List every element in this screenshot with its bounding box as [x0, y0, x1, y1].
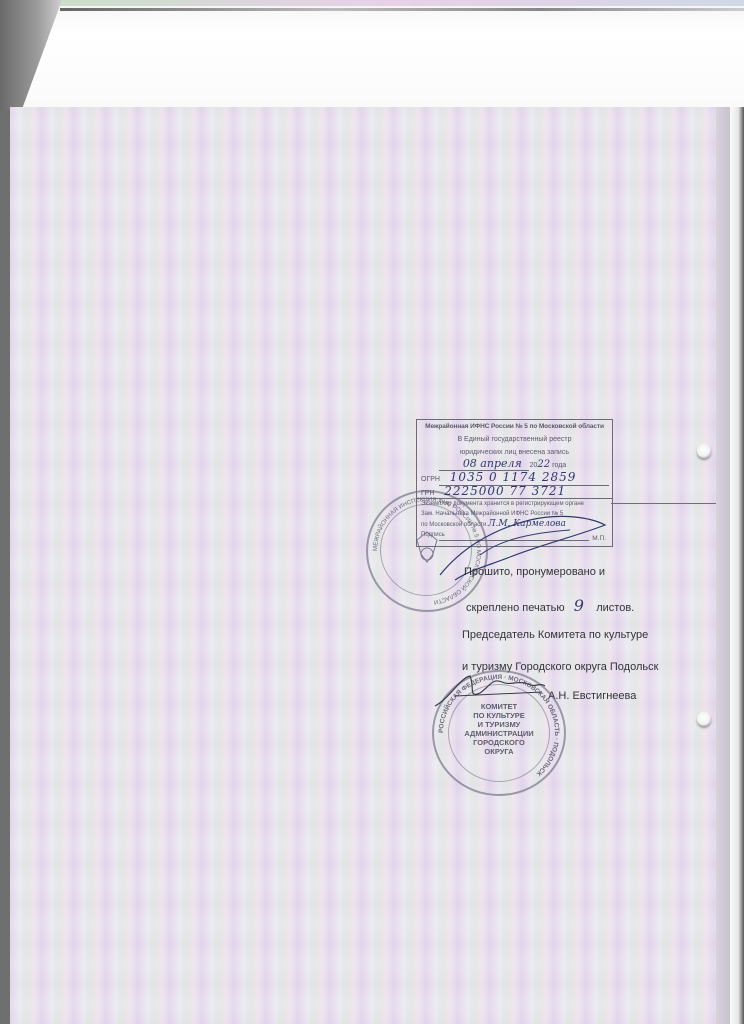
page-binding-edge: [716, 107, 730, 1024]
sheet-fold-line: [60, 8, 744, 11]
seal-line-6: ОКРУГА: [449, 747, 549, 756]
cert-line-2-suffix: листов.: [596, 602, 634, 614]
scan-edge-strip: [40, 0, 744, 6]
stamp-header: Межрайонная ИФНС России № 5 по Московско…: [417, 421, 612, 432]
ogrn-label: ОГРН: [421, 476, 440, 483]
seal-line-5: ГОРОДСКОГО: [449, 738, 549, 747]
sheet-count-handwritten: 9: [574, 596, 584, 615]
year-handwritten: 22: [537, 459, 550, 470]
year-suffix: года: [552, 462, 566, 469]
scanner-edge: [730, 107, 744, 1024]
stamp-line-1: В Единый государственный реестр: [417, 434, 612, 445]
page-fold-line: [611, 503, 716, 504]
seal-line-4: АДМИНИСТРАЦИИ: [449, 729, 549, 738]
cert-line-2-prefix: скреплено печатью: [466, 602, 565, 614]
position-line-1: Председатель Комитета по культуре: [462, 629, 648, 641]
punch-hole-bottom: [697, 712, 711, 726]
chairperson-signature-icon: [430, 668, 550, 713]
cert-line-1: Прошито, пронумеровано и: [464, 566, 605, 578]
registration-date-handwritten: 08 апреля: [463, 457, 522, 470]
cert-line-2: скреплено печатью 9 листов.: [466, 596, 634, 615]
scanner-shadow: [0, 0, 62, 110]
seal-line-3: И ТУРИЗМУ: [449, 720, 549, 729]
top-overlapping-sheet: [0, 0, 744, 110]
ogrn-value: 1035 0 1174 2859: [450, 470, 577, 484]
punch-hole-top: [697, 444, 711, 458]
